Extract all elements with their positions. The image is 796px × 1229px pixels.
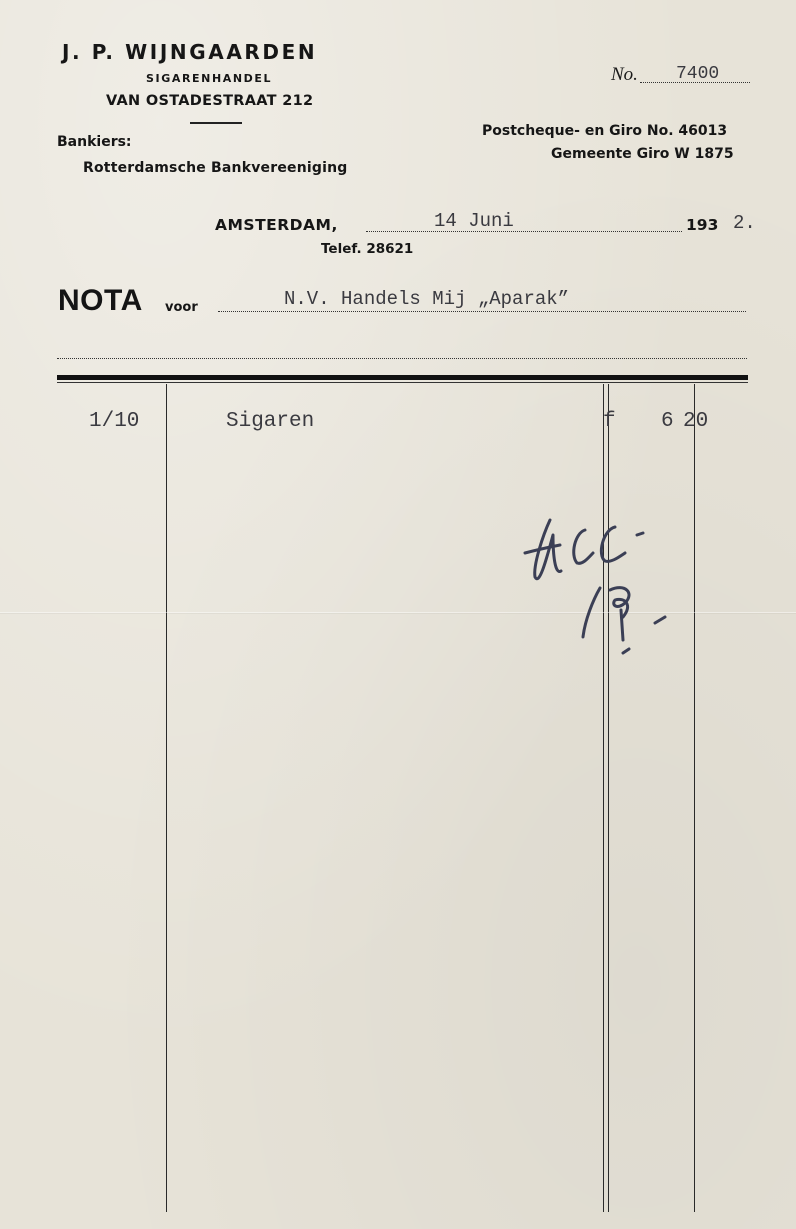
year-prefix: 193 [686,216,718,234]
for-label: voor [165,300,198,315]
invoice-number: 7400 [676,64,719,84]
header-divider [190,122,242,124]
item-quantity: 1/10 [89,410,139,433]
year-suffix: 2. [733,212,756,234]
bankers-label: Bankiers: [57,134,132,150]
table-top-thin-rule [57,382,748,383]
document-title: NOTA [58,284,143,318]
item-description: Sigaren [226,410,314,433]
bank-name: Rotterdamsche Bankvereeniging [83,160,348,176]
table-top-rule [57,375,748,380]
item-amount-guilders: 6 [661,410,674,433]
invoice-date: 14 Juni [434,210,514,232]
handwritten-signature-icon [515,505,685,665]
column-divider-quantity [166,384,167,1212]
date-dotted-line [366,231,682,232]
company-name: J. P. WIJNGAARDEN [62,40,317,64]
item-amount-cents: 20 [683,410,708,433]
recipient-name: N.V. Handels Mij „Aparak” [284,288,569,310]
giro-postcheque: Postcheque- en Giro No. 46013 [482,123,727,139]
invoice-number-label: No. [611,64,638,86]
giro-gemeente: Gemeente Giro W 1875 [551,146,734,162]
recipient-second-dotted-line [57,358,747,359]
item-currency: f [603,410,616,433]
street-address: VAN OSTADESTRAAT 212 [106,93,313,109]
column-divider-cents [694,384,695,1212]
trade-label: SIGARENHANDEL [146,72,272,85]
city-label: AMSTERDAM, [215,216,338,234]
phone-number: Telef. 28621 [321,241,413,257]
recipient-dotted-line [218,311,746,312]
